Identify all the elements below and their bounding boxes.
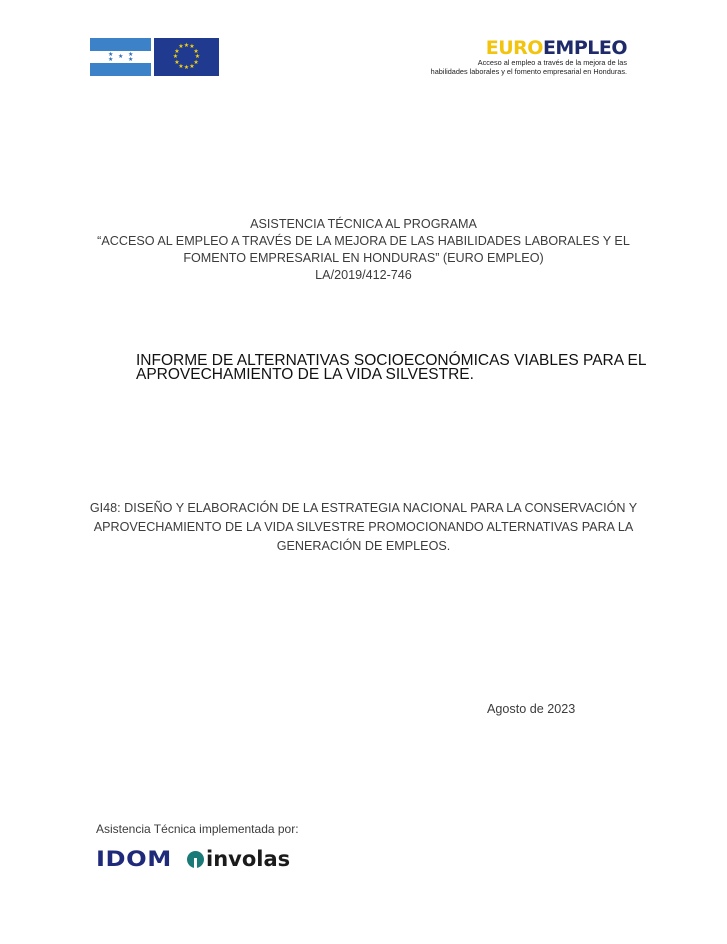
euroempleo-logo: EUROEMPLEO Acceso al empleo a través de … — [412, 38, 627, 76]
star-icon: ★ — [189, 64, 194, 70]
flag-band-bottom — [90, 63, 151, 76]
european-union-flag-logo: ★★★★★★★★★★★★ — [154, 38, 219, 76]
program-line-2: “ACCESO AL EMPLEO A TRAVÉS DE LA MEJORA … — [0, 233, 727, 250]
idom-logo: IDOM — [96, 846, 172, 872]
report-title: INFORME DE ALTERNATIVAS SOCIOECONÓMICAS … — [136, 354, 696, 382]
tagline-line-2: habilidades laborales y el fomento empre… — [412, 67, 627, 76]
involas-drop-icon — [187, 851, 204, 868]
euroempleo-brand: EUROEMPLEO — [412, 38, 627, 58]
tagline-line-1: Acceso al empleo a través de la mejora d… — [412, 58, 627, 67]
involas-logo: involas — [187, 846, 290, 872]
program-heading: ASISTENCIA TÉCNICA AL PROGRAMA “ACCESO A… — [0, 216, 727, 284]
brand-empleo: EMPLEO — [543, 37, 627, 59]
program-reference: LA/2019/412-746 — [0, 267, 727, 284]
activity-line-1: GI48: DISEÑO Y ELABORACIÓN DE LA ESTRATE… — [0, 499, 727, 518]
star-icon: ★ — [174, 60, 179, 66]
star-icon: ★ — [184, 65, 189, 71]
star-icon: ★ — [118, 54, 123, 60]
involas-wordmark: involas — [206, 846, 290, 872]
document-date: Agosto de 2023 — [487, 702, 575, 716]
activity-description: GI48: DISEÑO Y ELABORACIÓN DE LA ESTRATE… — [0, 499, 727, 556]
program-line-1: ASISTENCIA TÉCNICA AL PROGRAMA — [0, 216, 727, 233]
star-icon: ★ — [178, 44, 183, 50]
report-title-line-2: APROVECHAMIENTO DE LA VIDA SILVESTRE. — [136, 368, 696, 382]
activity-line-3: GENERACIÓN DE EMPLEOS. — [0, 537, 727, 556]
star-icon: ★ — [173, 54, 178, 60]
brand-euro: EURO — [486, 37, 543, 59]
activity-line-2: APROVECHAMIENTO DE LA VIDA SILVESTRE PRO… — [0, 518, 727, 537]
honduras-flag-logo: ★ ★ ★ ★ ★ — [90, 38, 151, 76]
program-line-3: FOMENTO EMPRESARIAL EN HONDURAS” (EURO E… — [0, 250, 727, 267]
flag-band-middle: ★ ★ ★ ★ ★ — [90, 51, 151, 63]
flag-band-top — [90, 38, 151, 51]
implemented-by-label: Asistencia Técnica implementada por: — [96, 822, 299, 836]
